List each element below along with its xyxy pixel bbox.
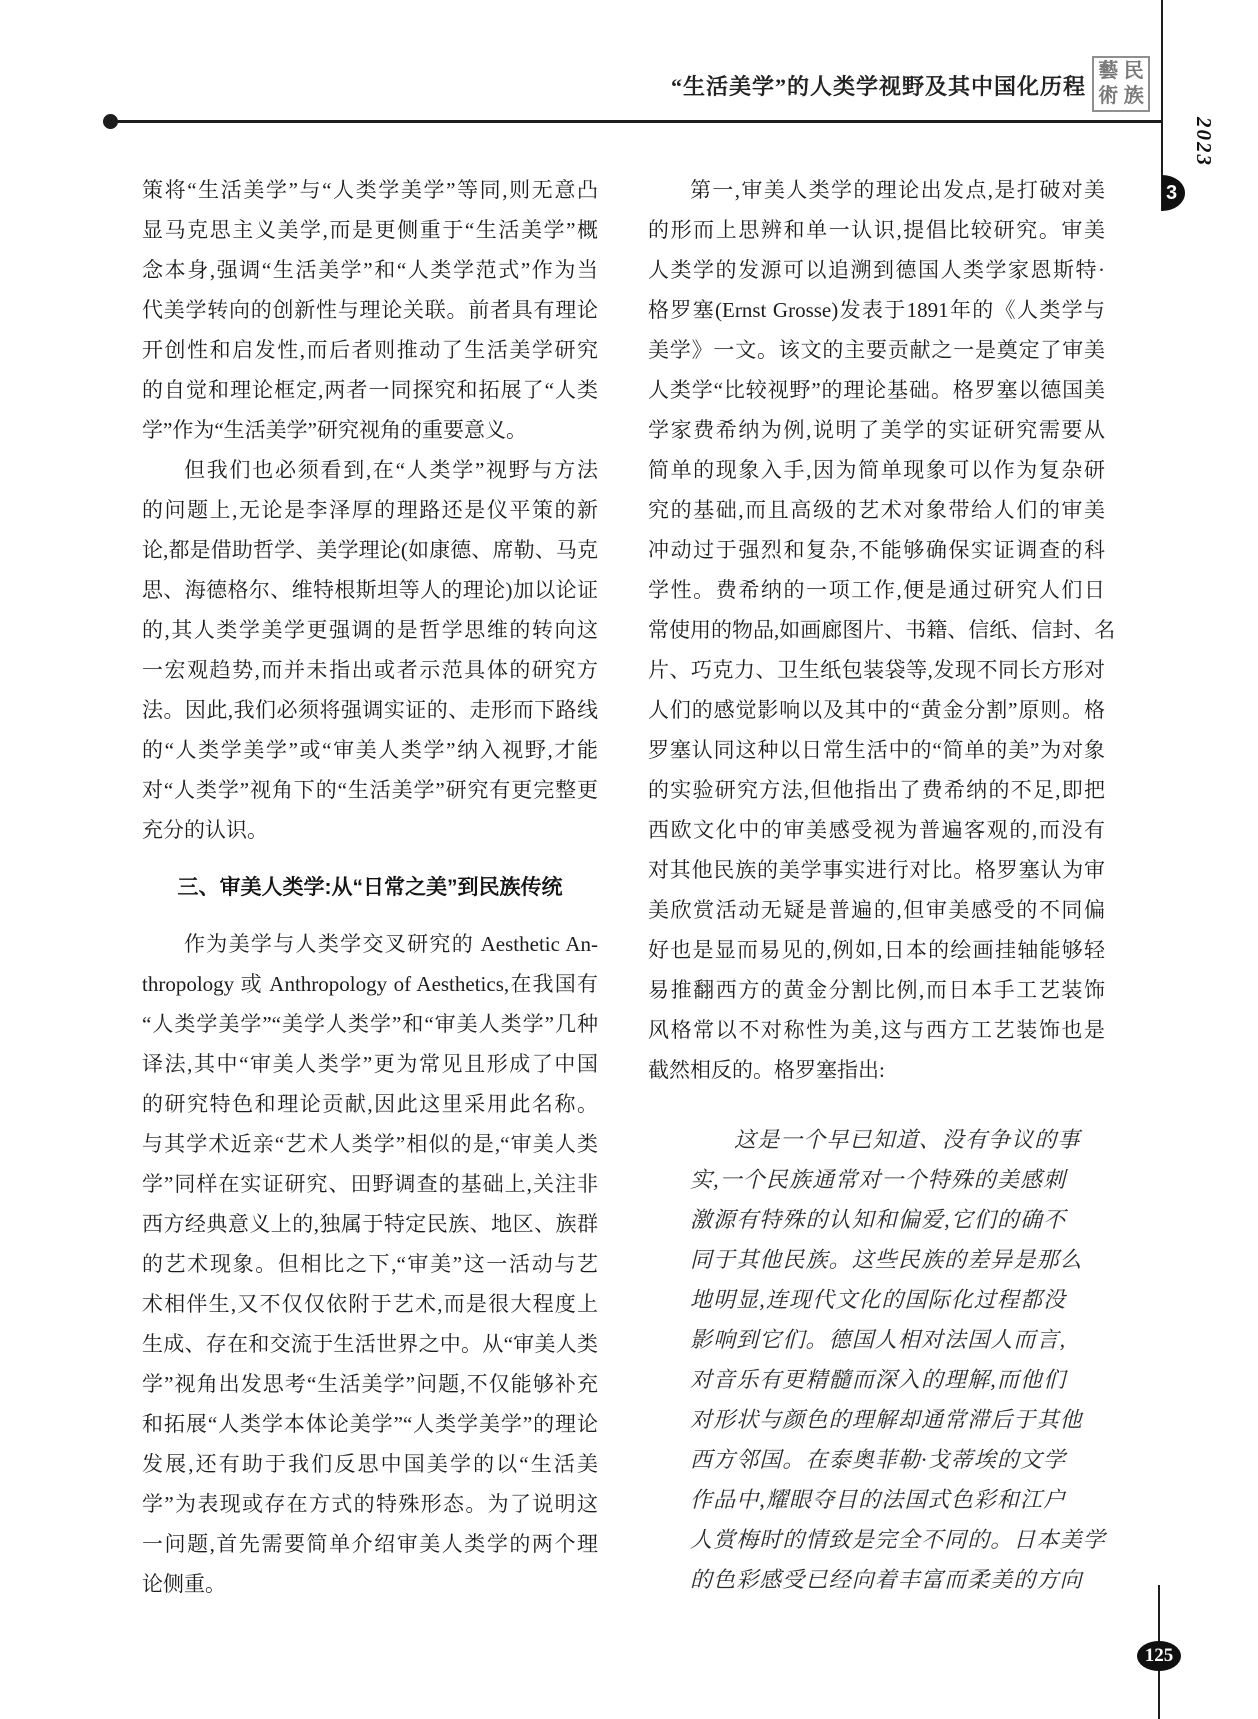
text-line: 截然相反的。格罗塞指出: <box>648 1050 1105 1090</box>
seal-char: 藝 <box>1096 60 1121 84</box>
text-line: 一宏观趋势,而并未指出或者示范具体的研究方 <box>142 650 598 690</box>
page-number: 125 <box>1145 1645 1174 1667</box>
text-line: 生成、存在和交流于生活世界之中。从“审美人类 <box>142 1324 598 1364</box>
column-right: 第一,审美人类学的理论出发点,是打破对美的形而上思辨和单一认识,提倡比较研究。审… <box>648 170 1105 1600</box>
year-label: 2023 <box>1191 112 1216 172</box>
text-line: 美学》一文。该文的主要贡献之一是奠定了审美 <box>648 330 1105 370</box>
issue-number: 3 <box>1166 182 1177 205</box>
text-line: “人类学美学”“美学人类学”和“审美人类学”几种 <box>142 1004 598 1044</box>
text-line: 策将“生活美学”与“人类学美学”等同,则无意凸 <box>142 170 598 210</box>
text-line: 的实验研究方法,但他指出了费希纳的不足,即把 <box>648 770 1105 810</box>
text-line: 人们的感觉影响以及其中的“黄金分割”原则。格 <box>648 690 1105 730</box>
seal-char: 族 <box>1122 85 1147 109</box>
text-line: 的,其人类学美学更强调的是哲学思维的转向这 <box>142 610 598 650</box>
text-line: 开创性和启发性,而后者则推动了生活美学研究 <box>142 330 598 370</box>
text-line: 常使用的物品,如画廊图片、书籍、信纸、信封、名 <box>648 610 1105 650</box>
text-line: 究的基础,而且高级的艺术对象带给人们的审美 <box>648 490 1105 530</box>
text-line: 学”同样在实证研究、田野调查的基础上,关注非 <box>142 1164 598 1204</box>
text-line: 与其学术近亲“艺术人类学”相似的是,“审美人类 <box>142 1124 598 1164</box>
text-line: 法。因此,我们必须将强调实证的、走形而下路线 <box>142 690 598 730</box>
text-line: 风格常以不对称性为美,这与西方工艺装饰也是 <box>648 1010 1105 1050</box>
column-left: 策将“生活美学”与“人类学美学”等同,则无意凸显马克思主义美学,而是更侧重于“生… <box>142 170 598 1604</box>
text-line: 学”为表现或存在方式的特殊形态。为了说明这 <box>142 1484 598 1524</box>
text-line: 的形而上思辨和单一认识,提倡比较研究。审美 <box>648 210 1105 250</box>
text-line: 美欣赏活动无疑是普遍的,但审美感受的不同偏 <box>648 890 1105 930</box>
text-line: 学家费希纳为例,说明了美学的实证研究需要从 <box>648 410 1105 450</box>
text-line: 的研究特色和理论贡献,因此这里采用此名称。 <box>142 1084 598 1124</box>
text-line: 术相伴生,又不仅仅依附于艺术,而是很大程度上 <box>142 1284 598 1324</box>
text-line: 人类学的发源可以追溯到德国人类学家恩斯特· <box>648 250 1105 290</box>
paragraph: 第一,审美人类学的理论出发点,是打破对美的形而上思辨和单一认识,提倡比较研究。审… <box>648 170 1105 1090</box>
seal-char: 民 <box>1122 60 1147 84</box>
text-line: 西方邻国。在泰奥菲勒·戈蒂埃的文学 <box>690 1440 1065 1480</box>
text-line: 念本身,强调“生活美学”和“人类学范式”作为当 <box>142 250 598 290</box>
text-line: 的色彩感受已经向着丰富而柔美的方向 <box>690 1560 1065 1600</box>
issue-badge: 3 <box>1162 175 1185 211</box>
text-line: 作为美学与人类学交叉研究的 Aesthetic An- <box>142 924 598 964</box>
text-line: 简单的现象入手,因为简单现象可以作为复杂研 <box>648 450 1105 490</box>
text-line: 实,一个民族通常对一个特殊的美感刺 <box>690 1160 1065 1200</box>
text-line: 第一,审美人类学的理论出发点,是打破对美 <box>648 170 1105 210</box>
text-line: 这是一个早已知道、没有争议的事 <box>690 1120 1065 1160</box>
text-line: 的艺术现象。但相比之下,“审美”这一活动与艺 <box>142 1244 598 1284</box>
paragraph: 作为美学与人类学交叉研究的 Aesthetic An-thropology 或 … <box>142 924 598 1604</box>
text-line: 作品中,耀眼夺目的法国式色彩和江户 <box>690 1480 1065 1520</box>
text-line: 思、海德格尔、维特根斯坦等人的理论)加以论证 <box>142 570 598 610</box>
page-number-badge: 125 <box>1137 1641 1181 1671</box>
text-line: 的自觉和理论框定,两者一同探究和拓展了“人类 <box>142 370 598 410</box>
text-line: 代美学转向的创新性与理论关联。前者具有理论 <box>142 290 598 330</box>
text-line: 易推翻西方的黄金分割比例,而日本手工艺装饰 <box>648 970 1105 1010</box>
text-line: 激源有特殊的认知和偏爱,它们的确不 <box>690 1200 1065 1240</box>
journal-page: “生活美学”的人类学视野及其中国化历程 藝 民 術 族 2023 3 策将“生活… <box>0 0 1258 1719</box>
text-line: 的“人类学美学”或“审美人类学”纳入视野,才能 <box>142 730 598 770</box>
block-quote: 这是一个早已知道、没有争议的事实,一个民族通常对一个特殊的美感刺激源有特殊的认知… <box>648 1120 1105 1600</box>
text-line: 西方经典意义上的,独属于特定民族、地区、族群 <box>142 1204 598 1244</box>
text-line: 对其他民族的美学事实进行对比。格罗塞认为审 <box>648 850 1105 890</box>
text-line: 但我们也必须看到,在“人类学”视野与方法 <box>142 450 598 490</box>
seal-char: 術 <box>1096 85 1121 109</box>
text-line: 一问题,首先需要简单介绍审美人类学的两个理 <box>142 1524 598 1564</box>
text-line: 的问题上,无论是李泽厚的理路还是仪平策的新 <box>142 490 598 530</box>
text-line: 显马克思主义美学,而是更侧重于“生活美学”概 <box>142 210 598 250</box>
text-line: 片、巧克力、卫生纸包装袋等,发现不同长方形对 <box>648 650 1105 690</box>
text-line: 对形状与颜色的理解却通常滞后于其他 <box>690 1400 1065 1440</box>
text-line: 罗塞认同这种以日常生活中的“简单的美”为对象 <box>648 730 1105 770</box>
text-line: 译法,其中“审美人类学”更为常见且形成了中国 <box>142 1044 598 1084</box>
section-heading: 三、审美人类学:从“日常之美”到民族传统 <box>142 868 598 908</box>
text-line: 论侧重。 <box>142 1564 598 1604</box>
text-line: 论,都是借助哲学、美学理论(如康德、席勒、马克 <box>142 530 598 570</box>
text-line: 西欧文化中的审美感受视为普遍客观的,而没有 <box>648 810 1105 850</box>
text-line: 对音乐有更精髓而深入的理解,而他们 <box>690 1360 1065 1400</box>
text-line: 人赏梅时的情致是完全不同的。日本美学 <box>690 1520 1065 1560</box>
text-line: 人类学“比较视野”的理论基础。格罗塞以德国美 <box>648 370 1105 410</box>
text-line: thropology 或 Anthropology of Aesthetics,… <box>142 964 598 1004</box>
text-line: 学性。费希纳的一项工作,便是通过研究人们日 <box>648 570 1105 610</box>
text-line: 发展,还有助于我们反思中国美学的以“生活美 <box>142 1444 598 1484</box>
text-line: 影响到它们。德国人相对法国人而言, <box>690 1320 1065 1360</box>
text-line: 和拓展“人类学本体论美学”“人类学美学”的理论 <box>142 1404 598 1444</box>
text-line: 格罗塞(Ernst Grosse)发表于1891年的《人类学与 <box>648 290 1105 330</box>
text-line: 好也是显而易见的,例如,日本的绘画挂轴能够轻 <box>648 930 1105 970</box>
text-line: 学”作为“生活美学”研究视角的重要意义。 <box>142 410 598 450</box>
text-line: 学”视角出发思考“生活美学”问题,不仅能够补充 <box>142 1364 598 1404</box>
journal-seal-icon: 藝 民 術 族 <box>1092 56 1150 112</box>
text-line: 冲动过于强烈和复杂,不能够确保实证调查的科 <box>648 530 1105 570</box>
paragraph: 策将“生活美学”与“人类学美学”等同,则无意凸显马克思主义美学,而是更侧重于“生… <box>142 170 598 450</box>
text-line: 充分的认识。 <box>142 810 598 850</box>
paragraph: 但我们也必须看到,在“人类学”视野与方法的问题上,无论是李泽厚的理路还是仪平策的… <box>142 450 598 850</box>
header-rule <box>110 120 1162 123</box>
text-line: 地明显,连现代文化的国际化过程都没 <box>690 1280 1065 1320</box>
text-line: 同于其他民族。这些民族的差异是那么 <box>690 1240 1065 1280</box>
text-line: 对“人类学”视角下的“生活美学”研究有更完整更 <box>142 770 598 810</box>
running-title: “生活美学”的人类学视野及其中国化历程 <box>671 70 1086 101</box>
